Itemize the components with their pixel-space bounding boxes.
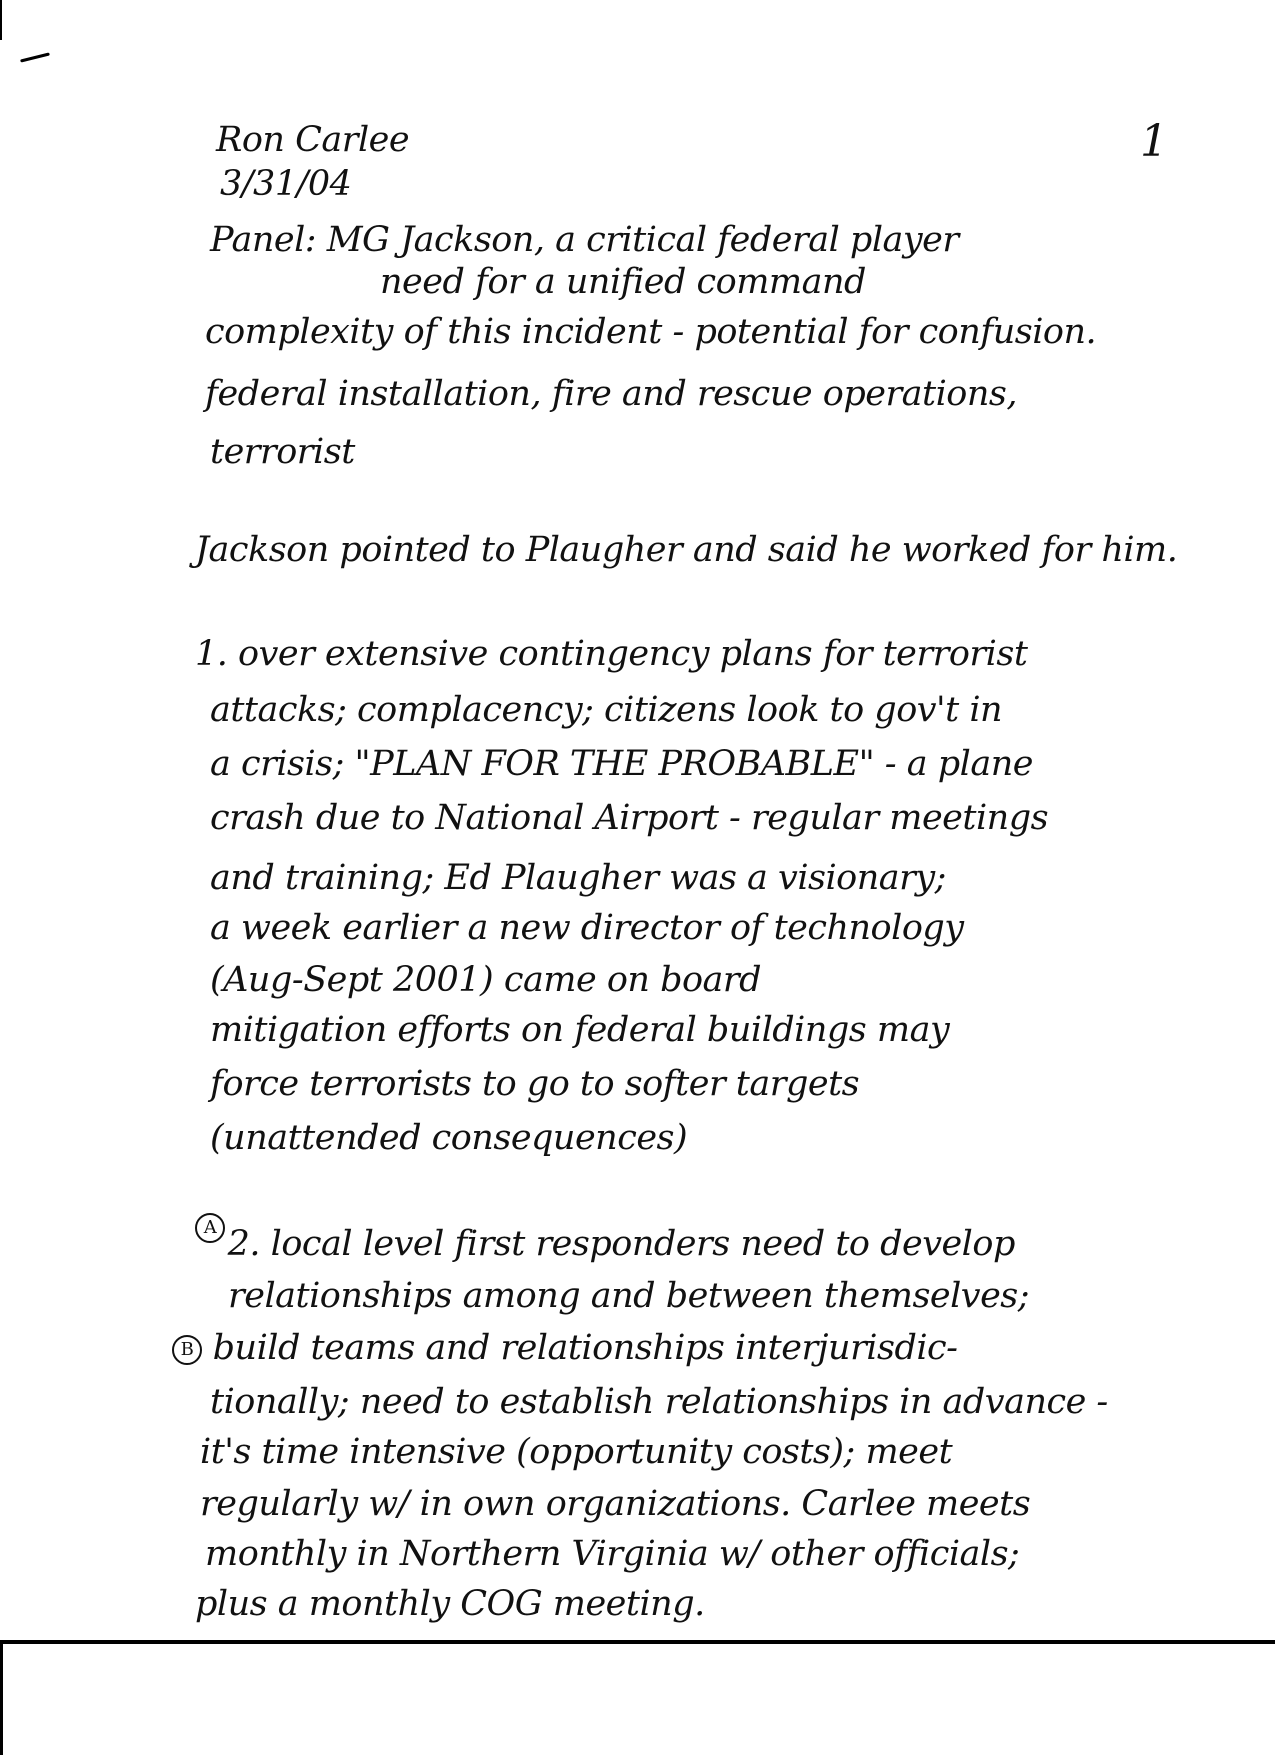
- page-bottom-rule: [0, 1640, 1275, 1644]
- note-date: 3/31/04: [220, 164, 351, 204]
- note-line: (Aug-Sept 2001) came on board: [210, 960, 761, 1000]
- note-line: federal installation, fire and rescue op…: [205, 374, 1017, 414]
- note-line: mitigation efforts on federal buildings …: [210, 1010, 949, 1050]
- author-name: Ron Carlee: [216, 120, 409, 160]
- note-line: a crisis; "PLAN FOR THE PROBABLE" - a pl…: [210, 744, 1033, 784]
- note-line: a week earlier a new director of technol…: [210, 908, 964, 948]
- pen-mark: [20, 52, 50, 62]
- note-line: need for a unified command: [380, 262, 866, 302]
- note-line: terrorist: [210, 432, 355, 472]
- marker-b: B: [172, 1335, 202, 1365]
- note-line: (unattended consequences): [210, 1118, 687, 1158]
- note-line: force terrorists to go to softer targets: [210, 1064, 859, 1104]
- note-line: plus a monthly COG meeting.: [195, 1584, 705, 1624]
- scan-edge: [0, 0, 2, 40]
- note-line: it's time intensive (opportunity costs);…: [200, 1432, 952, 1472]
- note-line: relationships among and between themselv…: [228, 1276, 1029, 1316]
- note-line: Panel: MG Jackson, a critical federal pl…: [210, 220, 959, 260]
- note-line: complexity of this incident - potential …: [205, 312, 1096, 352]
- note-line: 2. local level first responders need to …: [228, 1224, 1015, 1264]
- note-line: crash due to National Airport - regular …: [210, 798, 1048, 838]
- note-line: Jackson pointed to Plaugher and said he …: [195, 530, 1177, 570]
- page-number: 1: [1140, 116, 1168, 167]
- marker-a: A: [195, 1213, 225, 1243]
- note-line: monthly in Northern Virginia w/ other of…: [205, 1534, 1019, 1574]
- note-line: and training; Ed Plaugher was a visionar…: [210, 858, 946, 898]
- note-line: tionally; need to establish relationship…: [210, 1382, 1108, 1422]
- sub-item-b: B build teams and relationships interjur…: [172, 1328, 957, 1368]
- list-item-1: 1. over extensive contingency plans for …: [195, 634, 1027, 674]
- scan-edge: [0, 1642, 3, 1755]
- note-line: regularly w/ in own organizations. Carle…: [200, 1484, 1030, 1524]
- note-line: build teams and relationships interjuris…: [213, 1328, 958, 1368]
- note-line: attacks; complacency; citizens look to g…: [210, 690, 1002, 730]
- list-item-2: A 2. local level first responders need t…: [195, 1224, 1015, 1264]
